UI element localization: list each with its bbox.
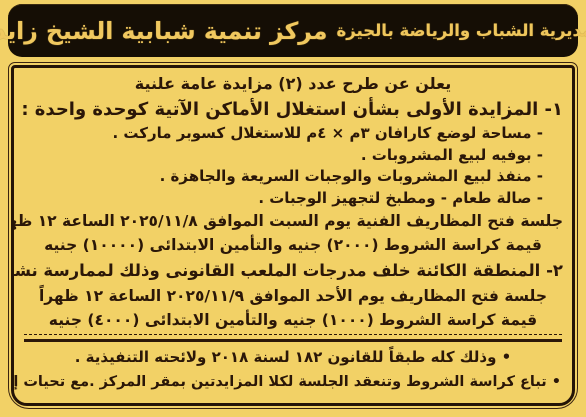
masthead-banner: مديرية الشباب والرياضة بالجيزة مركز تنمي… <box>8 4 578 57</box>
auction2-session-line: جلسة فتح المظاريف يوم الأحد الموافق ٢٠٢٥… <box>23 284 563 308</box>
auction2-fees-line: قيمة كراسة الشروط (١٠٠٠) جنيه والتأمين ا… <box>23 308 563 332</box>
organization-name: مديرية الشباب والرياضة بالجيزة <box>336 21 586 40</box>
auction2-title: ٢- المنطقة الكائنة خلف مدرجات الملعب الق… <box>23 257 563 284</box>
divider-rule <box>24 334 562 342</box>
signature-line: مع تحيات إدارة المركز <box>11 370 89 395</box>
auction1-fees-line: قيمة كراسة الشروط (٢٠٠٠) جنيه والتأمين ا… <box>23 233 563 257</box>
newspaper-auction-ad: مديرية الشباب والرياضة بالجيزة مركز تنمي… <box>0 0 586 417</box>
intro-line: يعلن عن طرح عدد (٢) مزايدة عامة علنية <box>23 71 563 96</box>
legal-note-line: • وذلك كله طبقاً للقانون ١٨٢ لسنة ٢٠١٨ و… <box>23 345 563 370</box>
auction1-session-line: جلسة فتح المظاريف الفنية يوم السبت الموا… <box>23 209 563 233</box>
auction1-item-caravan: - مساحة لوضع كارافان ٣م × ٤م للاستغلال ك… <box>23 123 563 145</box>
announcement-body: يعلن عن طرح عدد (٢) مزايدة عامة علنية ١-… <box>11 65 575 406</box>
auction1-item-outlet: - منفذ لبيع المشروبات والوجبات السريعة و… <box>23 166 563 188</box>
youth-center-name: مركز تنمية شبابية الشيخ زايد <box>0 17 327 45</box>
auction1-item-dining: - صالة طعام - ومطبخ لتجهيز الوجبات . <box>23 188 563 210</box>
auction1-title: ١- المزايدة الأولى بشأن استغلال الأماكن … <box>23 96 563 123</box>
announcement-frame: يعلن عن طرح عدد (٢) مزايدة عامة علنية ١-… <box>8 62 578 409</box>
auction1-item-buffet: - بوفيه لبيع المشروبات . <box>23 145 563 167</box>
footer-row: • تباع كراسة الشروط وتنعقد الجلسة لكلا ا… <box>23 370 563 395</box>
terms-note-line: • تباع كراسة الشروط وتنعقد الجلسة لكلا ا… <box>89 370 561 395</box>
